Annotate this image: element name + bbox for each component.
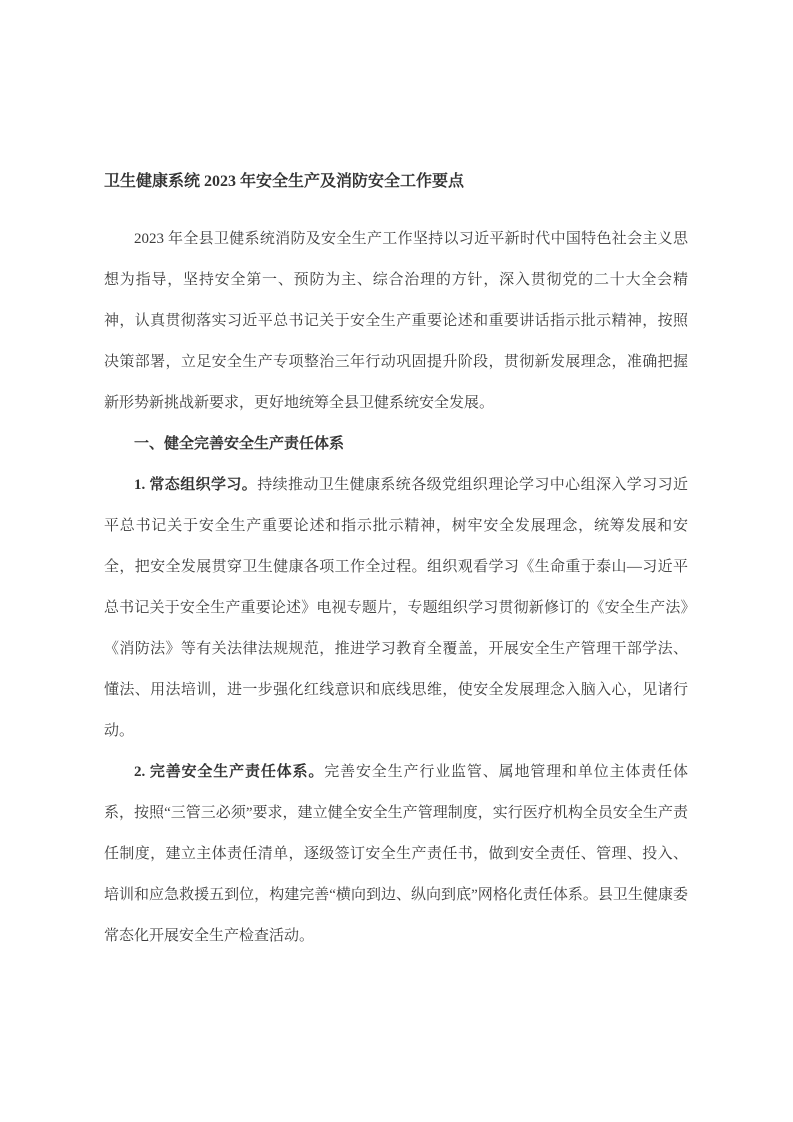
section-1-item-2: 2. 完善安全生产责任体系。完善安全生产行业监管、属地管理和单位主体责任体系，按…: [104, 752, 688, 957]
section-1-item-2-text: 完善安全生产行业监管、属地管理和单位主体责任体系，按照“三管三必须”要求，建立健…: [104, 764, 688, 944]
document-page: 卫生健康系统 2023 年安全生产及消防安全工作要点 2023 年全县卫健系统消…: [0, 0, 793, 1122]
intro-paragraph: 2023 年全县卫健系统消防及安全生产工作坚持以习近平新时代中国特色社会主义思想…: [104, 219, 688, 424]
document-title: 卫生健康系统 2023 年安全生产及消防安全工作要点: [104, 161, 688, 202]
document-content: 卫生健康系统 2023 年安全生产及消防安全工作要点 2023 年全县卫健系统消…: [104, 161, 688, 957]
section-1-item-2-lead: 2. 完善安全生产责任体系。: [134, 764, 324, 780]
section-1-item-1-text: 持续推动卫生健康系统各级党组织理论学习中心组深入学习习近平总书记关于安全生产重要…: [104, 477, 688, 739]
section-1-item-1-lead: 1. 常态组织学习。: [134, 477, 257, 493]
section-1-item-1: 1. 常态组织学习。持续推动卫生健康系统各级党组织理论学习中心组深入学习习近平总…: [104, 465, 688, 752]
section-1-heading: 一、健全完善安全生产责任体系: [104, 424, 688, 465]
